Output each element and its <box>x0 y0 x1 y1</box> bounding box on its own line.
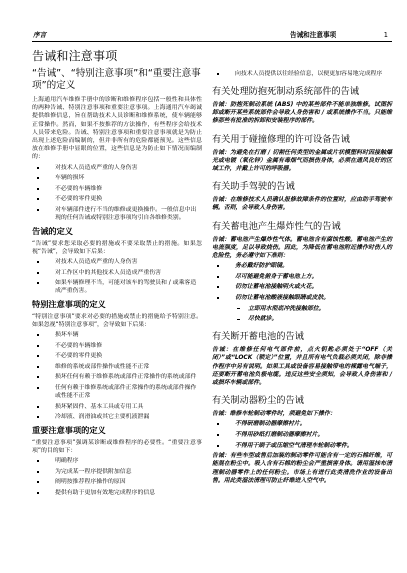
list-item: 不得研磨制动器摩擦衬片。 <box>212 420 392 428</box>
bullet-icon <box>37 460 39 462</box>
carryover-bullet-list: 向技术人员提供以往经验信息，以便更加容易地完成程序 <box>212 70 392 78</box>
bullet-icon <box>217 265 219 267</box>
brake-dust-bullet-list: 不得研磨制动器摩擦衬片。 不得用砂纸打磨制动器摩擦衬片。 不得用干刷子或压缩空气… <box>212 420 392 449</box>
bullet-icon <box>37 345 39 347</box>
notice-definition-heading: 重要注意事项的定义 <box>32 425 202 436</box>
notice-definition-paragraph: “重要注意事项”强调某诊断或维修程序的必要性。“重要注意事项”的目的如下： <box>32 439 202 455</box>
caution-definition-heading: 特别注意事项的定义 <box>32 299 202 310</box>
bullet-icon <box>217 434 219 436</box>
bullet-icon <box>37 261 39 263</box>
left-column: “告诫”、“特别注意事项”和“重要注意事项”的定义 上海通用汽车维修手册中的诊断… <box>32 68 202 499</box>
assist-driving-heading: 有关助手驾驶的告诫 <box>212 181 392 193</box>
list-item: 为完成某一程序提供附加信息 <box>32 468 202 476</box>
list-item: 损坏紧固件、基本工具或专用工具 <box>32 403 202 411</box>
warning-definition-paragraph: “告诫”要求您采取必要的措施或不要采取禁止的措施。如果忽视“告诫”，会导致如下后… <box>32 240 202 256</box>
list-item: 车辆的损坏 <box>32 174 202 182</box>
list-item: 务必戴好防护眼镜。 <box>212 262 392 270</box>
list-item: 不得用砂纸打磨制动器摩擦衬片。 <box>212 431 392 439</box>
bullet-icon <box>37 334 39 336</box>
bullet-icon <box>217 73 219 75</box>
caution-bullet-list: 损坏车辆 不必要的车辆维修 不必要的零件更换 维修的系统或部件操作或性能不正常 … <box>32 331 202 421</box>
list-item: 对技术人员造成严重的人身伤害 <box>32 164 202 172</box>
dash-icon <box>237 319 240 320</box>
list-item: 任何有赖于维修系统或部件正常操作的系统或部件操作或性能不正常 <box>32 384 202 400</box>
running-header: 序言 告诫和注意事项 1 <box>32 30 392 42</box>
intro-bullet-list: 对技术人员造成严重的人身伤害 车辆的损坏 不必要的车辆维修 不必要的零件更换 对… <box>32 164 202 222</box>
list-item: 切勿让蓄电池接触明火或火花。 <box>212 283 392 291</box>
list-item: 对工作区中的其他技术人员造成严重伤害 <box>32 269 202 277</box>
collision-warning-heading: 有关用于碰撞修理的许可设备告诫 <box>212 134 392 146</box>
bullet-icon <box>217 423 219 425</box>
list-item: 维修的系统或部件操作或性能不正常 <box>32 363 202 371</box>
brake-dust-asbestos-text: 告诫：有些车型或售后加装的制动零件可能含有一定的石棉纤维，可能混在粉尘中。吸入含… <box>212 452 392 485</box>
definitions-heading: “告诫”、“特别注意事项”和“重要注意事项”的定义 <box>32 68 202 92</box>
list-item: 阐明按推荐程序操作的原因 <box>32 478 202 486</box>
bullet-icon <box>37 387 39 389</box>
list-item: 损坏任何有赖于维修系统或部件正常操作的系统或部件 <box>32 373 202 381</box>
battery-disconnect-heading: 有关断开蓄电池的告诫 <box>212 331 392 343</box>
abs-warning-text: 告诫：防抱死制动系统 (ABS) 中的某些部件不能单独维修。试图拆卸或断开某些系… <box>212 101 392 126</box>
warning-bullet-list: 对技术人员造成严重的人身伤害 对工作区中的其他技术人员造成严重伤害 如果车辆修理… <box>32 258 202 295</box>
bullet-icon <box>37 272 39 274</box>
header-section: 序言 <box>33 31 46 40</box>
list-item: 尽可能避免俯身于蓄电池上方。 <box>212 273 392 281</box>
bullet-icon <box>37 406 39 408</box>
brake-dust-text: 告诫：维修车轮制动零件时，须避免如下操作： <box>212 410 392 418</box>
bullet-icon <box>217 297 219 299</box>
bullet-icon <box>217 445 219 447</box>
list-item: 不得用干刷子或压缩空气清理车轮制动零件。 <box>212 442 392 450</box>
list-item: 不必要的车辆维修 <box>32 185 202 193</box>
page-number: 1 <box>384 31 388 40</box>
bullet-icon <box>217 286 219 288</box>
brake-dust-heading: 有关制动器粉尘的告诫 <box>212 395 392 407</box>
bullet-icon <box>37 198 39 200</box>
bullet-icon <box>37 355 39 357</box>
bullet-icon <box>37 282 39 284</box>
bullet-icon <box>37 167 39 169</box>
header-chapter: 告诫和注意事项 <box>290 31 336 40</box>
abs-warning-heading: 有关处理防抱死制动系统部件的告诫 <box>212 86 392 98</box>
bullet-icon <box>37 177 39 179</box>
battery-gas-subbullet-list: 立即用水彻底冲洗接触部位。 尽快就诊。 <box>212 305 392 324</box>
list-item: 立即用水彻底冲洗接触部位。 <box>212 305 392 313</box>
notice-bullet-list: 明确程序 为完成某一程序提供附加信息 阐明按推荐程序操作的原因 提供有助于更加有… <box>32 457 202 497</box>
bullet-icon <box>37 471 39 473</box>
bullet-icon <box>37 366 39 368</box>
caution-definition-paragraph: “特别注意事项”要求对必要的措施或禁止的措施给予特别注意。如果忽视“特别注意事项… <box>32 313 202 329</box>
bullet-icon <box>37 188 39 190</box>
bullet-icon <box>37 481 39 483</box>
battery-disconnect-text: 告诫：在维修任何电气部件前，点火钥匙必须处于“OFF（关闭）”或“LOCK（锁定… <box>212 346 392 387</box>
dash-icon <box>237 308 240 309</box>
list-item: 损坏车辆 <box>32 331 202 339</box>
right-column: 向技术人员提供以往经验信息，以便更加容易地完成程序 有关处理防抱死制动系统部件的… <box>212 70 392 487</box>
list-item: 冷却液、润滑油或其它主要机液泄漏 <box>32 413 202 421</box>
list-item: 不必要的零件更换 <box>32 195 202 203</box>
list-item: 切勿让蓄电池酸液接触眼睛或皮肤。 <box>212 294 392 302</box>
battery-gas-heading: 有关蓄电池产生爆炸性气的告诫 <box>212 221 392 233</box>
list-item: 提供有助于更加有效地完成程序的信息 <box>32 489 202 497</box>
bullet-icon <box>37 416 39 418</box>
assist-driving-text: 告诫：在维修技术人员确认报修故障条件的位置时，应由助手驾驶车辆。否则，会导致人身… <box>212 196 392 212</box>
collision-warning-text: 告诫：为避免在打磨 / 切割任何类型的金属或片状模塑料时因接触爆光或电镀（氧化锌… <box>212 149 392 174</box>
warning-definition-heading: 告诫的定义 <box>32 226 202 237</box>
list-item: 对技术人员造成严重的人身伤害 <box>32 258 202 266</box>
list-item: 明确程序 <box>32 457 202 465</box>
page-title: 告诫和注意事项 <box>32 49 117 64</box>
bullet-icon <box>37 376 39 378</box>
list-item: 不必要的零件更换 <box>32 352 202 360</box>
list-item: 向技术人员提供以往经验信息，以便更加容易地完成程序 <box>212 70 392 78</box>
bullet-icon <box>37 492 39 494</box>
battery-gas-bullet-list: 务必戴好防护眼镜。 尽可能避免俯身于蓄电池上方。 切勿让蓄电池接触明火或火花。 … <box>212 262 392 302</box>
list-item: 如果车辆修理不当，可能对该车的驾驶员和 / 或乘客造成严重伤害。 <box>32 279 202 295</box>
list-item: 尽快就诊。 <box>212 315 392 323</box>
battery-gas-text: 告诫：蓄电池产生爆炸性气体。蓄电池含有腐蚀性酸。蓄电池产生的电流强度，足以导致烧… <box>212 236 392 261</box>
bullet-icon <box>217 276 219 278</box>
bullet-icon <box>37 209 39 211</box>
list-item: 对车辆部件进行不当的维修或更换操作。一般信息中出现的任何告诫或特别注意事项均引自… <box>32 206 202 222</box>
intro-paragraph: 上海通用汽车维修手册中的诊断和维修程序包括一般性和具体性的两种告诫、特别注意事项… <box>32 96 202 162</box>
list-item: 不必要的车辆维修 <box>32 342 202 350</box>
